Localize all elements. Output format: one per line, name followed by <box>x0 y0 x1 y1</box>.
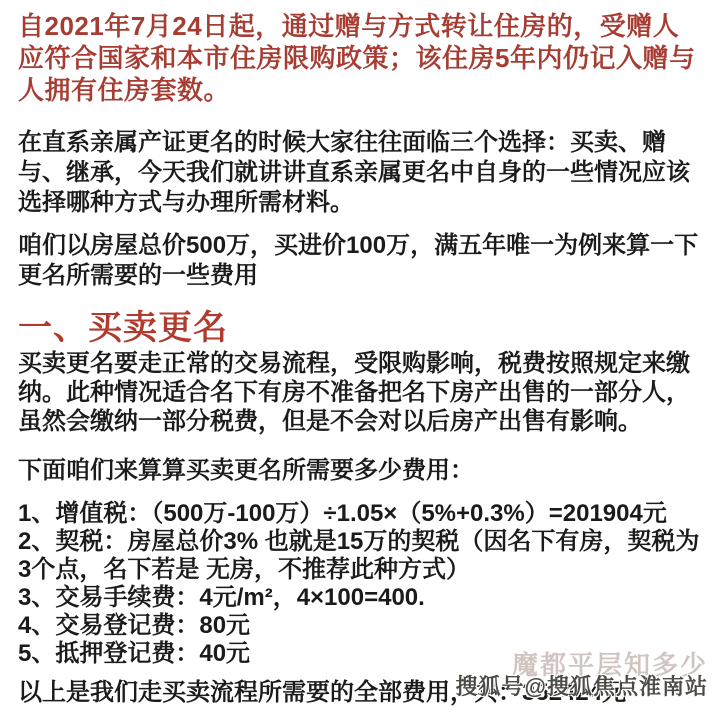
fee-item-mortgage-fee: 5、抵押登记费：40元 <box>18 640 704 668</box>
fee-item-transaction-fee: 3、交易手续费：4元/m²，4×100=400. <box>18 584 704 612</box>
fee-calc-intro: 下面咱们来算算买卖更名所需要多少费用： <box>18 456 704 486</box>
total-cost-line: 以上是我们走买卖流程所需要的全部费用，共：352424元 <box>18 678 704 707</box>
article-page: 自2021年7月24日起，通过赠与方式转让住房的，受赠人应符合国家和本市住房限购… <box>0 0 720 714</box>
fee-item-registration-fee: 4、交易登记费：80元 <box>18 612 704 640</box>
section-heading-sale-rename: 一、买卖更名 <box>18 309 704 347</box>
policy-notice-paragraph: 自2021年7月24日起，通过赠与方式转让住房的，受赠人应符合国家和本市住房限购… <box>18 10 704 106</box>
fee-item-vat: 1、增值税：（500万-100万）÷1.05×（5%+0.3%）=201904元 <box>18 500 704 528</box>
fee-item-deed-tax: 2、契税：房屋总价3% 也就是15万的契税（因名下有房，契税为3个点，名下若是 … <box>18 528 704 584</box>
fee-list: 1、增值税：（500万-100万）÷1.05×（5%+0.3%）=201904元… <box>18 500 704 668</box>
sale-rename-description: 买卖更名要走正常的交易流程，受限购影响，税费按照规定来缴纳。此种情况适合名下有房… <box>18 349 704 436</box>
rename-choices-paragraph: 在直系亲属产证更名的时候大家往往面临三个选择：买卖、赠与、继承，今天我们就讲讲直… <box>18 128 704 218</box>
example-setup-paragraph: 咱们以房屋总价500万，买进价100万，满五年唯一为例来算一下更名所需要的一些费… <box>18 231 704 291</box>
